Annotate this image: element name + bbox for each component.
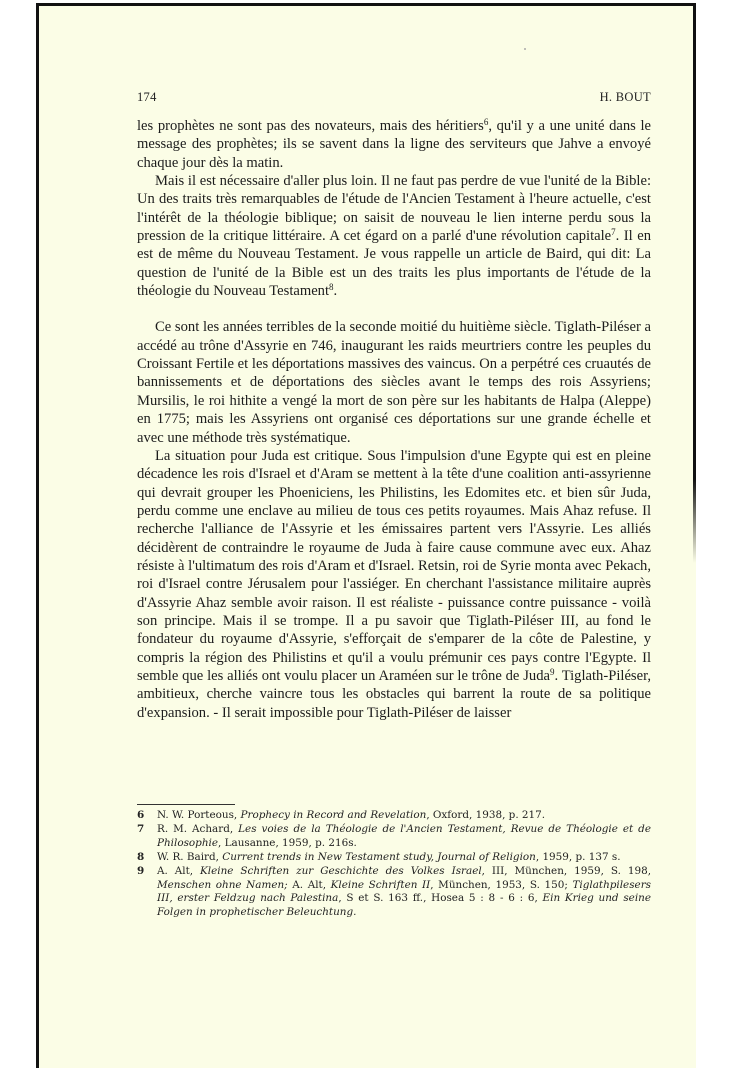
body-text: les prophètes ne sont pas des novateurs,… — [137, 117, 651, 722]
footnote-number: 8 — [137, 851, 157, 865]
paragraph: Ce sont les années terribles de la secon… — [137, 318, 651, 446]
paragraph: Mais il est nécessaire d'aller plus loin… — [137, 172, 651, 300]
footnote-text: R. M. Achard, Les voies de la Théologie … — [157, 823, 651, 851]
footnotes: 6N. W. Porteous, Prophecy in Record and … — [137, 809, 651, 920]
author-name: H. BOUT — [600, 90, 651, 105]
running-head: 174 H. BOUT — [137, 90, 651, 105]
page-number: 174 — [137, 90, 157, 105]
footnote-9: 9A. Alt, Kleine Schriften zur Geschichte… — [137, 865, 651, 921]
footnote-text: N. W. Porteous, Prophecy in Record and R… — [157, 809, 651, 823]
footnote-separator — [137, 804, 235, 805]
footnote-number: 9 — [137, 865, 157, 921]
footnote-text: W. R. Baird, Current trends in New Testa… — [157, 851, 651, 865]
paragraph: les prophètes ne sont pas des novateurs,… — [137, 117, 651, 172]
footnote-7: 7R. M. Achard, Les voies de la Théologie… — [137, 823, 651, 851]
footnote-6: 6N. W. Porteous, Prophecy in Record and … — [137, 809, 651, 823]
page-right-border — [693, 3, 696, 563]
footnote-number: 7 — [137, 823, 157, 851]
footnote-text: A. Alt, Kleine Schriften zur Geschichte … — [157, 865, 651, 921]
paragraph: La situation pour Juda est critique. Sou… — [137, 447, 651, 722]
scan-speck — [524, 48, 526, 50]
footnote-8: 8W. R. Baird, Current trends in New Test… — [137, 851, 651, 865]
footnote-number: 6 — [137, 809, 157, 823]
